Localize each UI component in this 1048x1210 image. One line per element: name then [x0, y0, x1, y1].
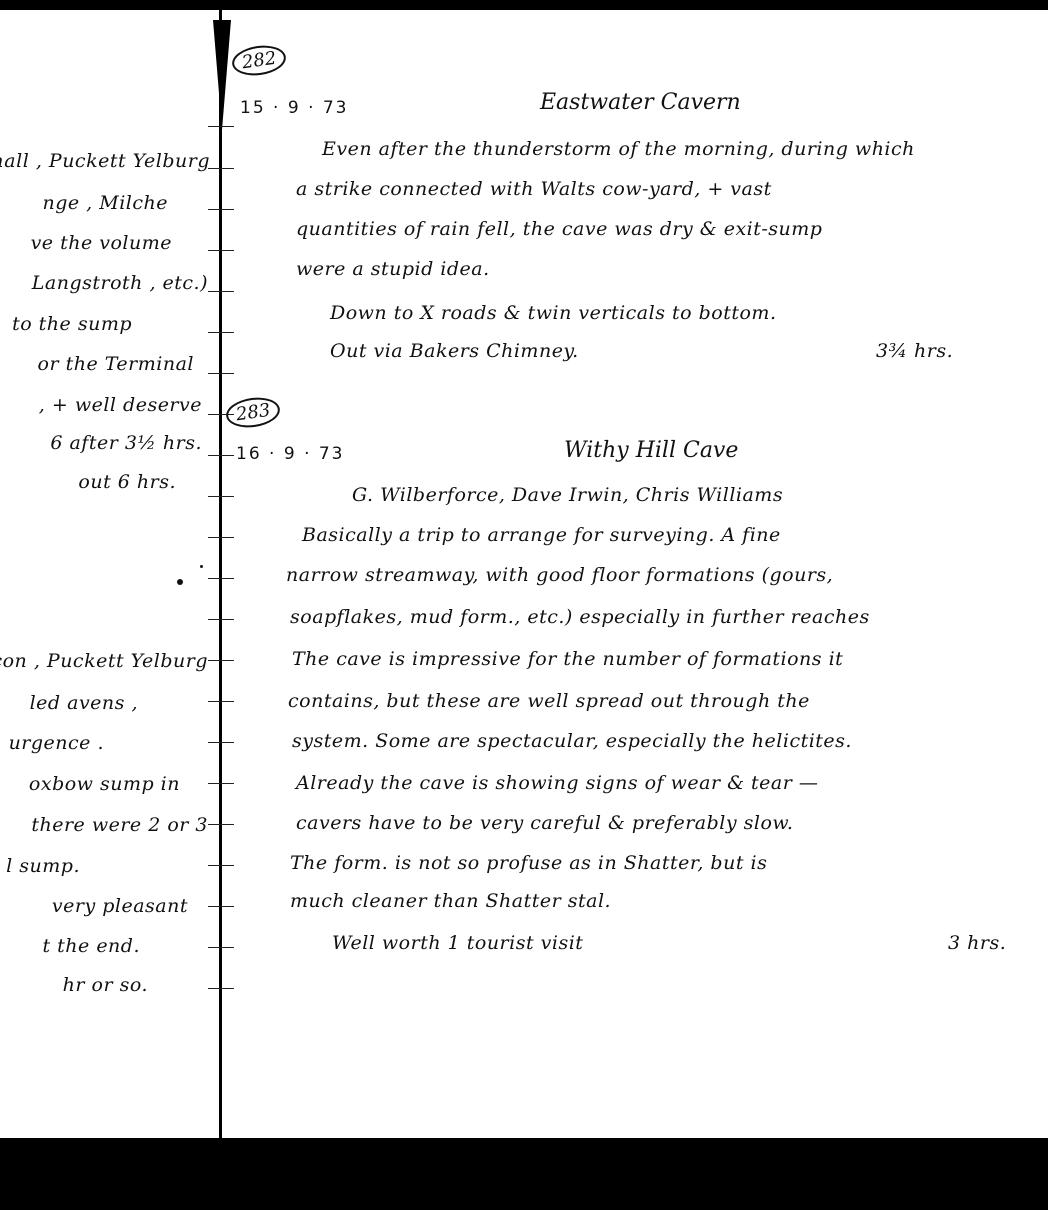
- entry-number: 283: [224, 394, 282, 430]
- cave-title: Withy Hill Cave: [564, 438, 738, 463]
- handwritten-line: or the Terminal: [38, 353, 194, 375]
- stitch-mark: [208, 906, 234, 907]
- stitch-mark: [208, 865, 234, 866]
- handwritten-line: a strike connected with Walts cow-yard, …: [296, 178, 772, 200]
- stitch-mark: [208, 250, 234, 251]
- entry-number: 282: [230, 42, 288, 78]
- handwritten-line: Well worth 1 tourist visit: [332, 932, 583, 954]
- handwritten-line: Already the cave is showing signs of wea…: [296, 772, 818, 794]
- party-members: G. Wilberforce, Dave Irwin, Chris Willia…: [352, 484, 783, 506]
- handwritten-line: Basically a trip to arrange for surveyin…: [302, 524, 781, 546]
- handwritten-line: out 6 hrs.: [78, 471, 176, 493]
- stitch-mark: [208, 619, 234, 620]
- entry-date: 16 · 9 · 73: [236, 444, 345, 464]
- handwritten-line: , + well deserve: [39, 394, 202, 416]
- handwritten-line: to the sump: [12, 313, 132, 335]
- handwritten-line: oxbow sump in: [29, 773, 180, 795]
- stitch-mark: [208, 578, 234, 579]
- handwritten-line: system. Some are spectacular, especially…: [292, 730, 852, 752]
- stitch-mark: [208, 373, 234, 374]
- handwritten-line: soapflakes, mud form., etc.) especially …: [290, 606, 870, 628]
- handwritten-line: Even after the thunderstorm of the morni…: [322, 138, 915, 160]
- handwritten-line: Out via Bakers Chimney.: [330, 340, 579, 362]
- stitch-mark: [208, 988, 234, 989]
- ink-dot: [200, 565, 203, 568]
- handwritten-line: hr or so.: [63, 974, 148, 996]
- binding-shadow: [213, 20, 231, 130]
- handwritten-line: nge , Milche: [43, 192, 169, 214]
- stitch-mark: [208, 660, 234, 661]
- stitch-mark: [208, 742, 234, 743]
- stitch-mark: [208, 701, 234, 702]
- stitch-mark: [208, 168, 234, 169]
- handwritten-line: The cave is impressive for the number of…: [292, 648, 843, 670]
- stitch-mark: [208, 332, 234, 333]
- handwritten-line: led avens ,: [30, 692, 138, 714]
- handwritten-line: ve the volume: [31, 232, 172, 254]
- handwritten-line: urgence .: [9, 732, 104, 754]
- stitch-mark: [208, 783, 234, 784]
- handwritten-line: The form. is not so profuse as in Shatte…: [290, 852, 767, 874]
- stitch-mark: [208, 291, 234, 292]
- trip-duration: 3 hrs.: [948, 932, 1006, 954]
- stitch-mark: [208, 209, 234, 210]
- page-gutter: [219, 10, 222, 1148]
- handwritten-line: quantities of rain fell, the cave was dr…: [296, 218, 822, 240]
- handwritten-line: con , Puckett Yelburg: [0, 650, 208, 672]
- handwritten-line: cavers have to be very careful & prefera…: [296, 812, 793, 834]
- logbook-spread: rshall , Puckett Yelburg nge , Milche ve…: [0, 10, 1048, 1138]
- entry-date: 15 · 9 · 73: [240, 98, 349, 118]
- stitch-mark: [208, 496, 234, 497]
- handwritten-line: very pleasant: [52, 895, 188, 917]
- stitch-mark: [208, 126, 234, 127]
- handwritten-line: Down to X roads & twin verticals to bott…: [330, 302, 777, 324]
- handwritten-line: there were 2 or 3: [31, 814, 208, 836]
- stitch-mark: [208, 537, 234, 538]
- stitch-mark: [208, 455, 234, 456]
- stitch-mark: [208, 947, 234, 948]
- handwritten-line: 6 after 3½ hrs.: [50, 432, 202, 454]
- handwritten-line: l sump.: [6, 855, 80, 877]
- ink-dot: [177, 579, 183, 585]
- handwritten-line: were a stupid idea.: [296, 258, 490, 280]
- handwritten-line: narrow streamway, with good floor format…: [286, 564, 833, 586]
- trip-duration: 3¾ hrs.: [876, 340, 953, 362]
- handwritten-line: t the end.: [42, 935, 140, 957]
- handwritten-line: contains, but these are well spread out …: [288, 690, 810, 712]
- handwritten-line: Langstroth , etc.): [32, 272, 208, 294]
- cave-title: Eastwater Cavern: [540, 90, 741, 115]
- handwritten-line: much cleaner than Shatter stal.: [290, 890, 611, 912]
- stitch-mark: [208, 824, 234, 825]
- handwritten-line: rshall , Puckett Yelburg: [0, 150, 210, 172]
